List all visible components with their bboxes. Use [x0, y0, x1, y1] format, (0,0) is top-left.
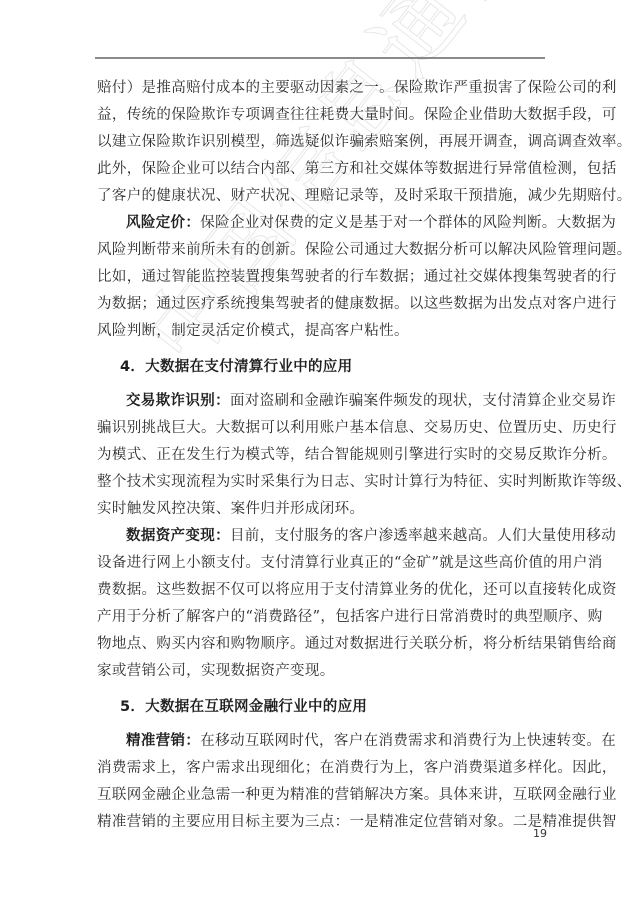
paragraph-lead: 精准营销： [126, 733, 200, 749]
text-span: 目前，支付服务的客户渗透率越来越高。人们大量使用移动 [230, 528, 616, 544]
text-line: 费数据。这些数据不仅可以将应用于支付清算业务的优化，还可以直接转化成资 [97, 577, 545, 604]
text-line: 比如，通过智能监控装置搜集驾驶者的行车数据；通过社交媒体搜集驾驶者的行 [97, 264, 545, 291]
document-page: 中国信息通信研究院 赔付）是推高赔付成本的主要驱动因素之一。保险欺诈严重损害了保… [0, 0, 640, 905]
paragraph-transaction-fraud: 交易欺诈识别：面对盗刷和金融诈骗案件频发的现状，支付清算企业交易诈 骗识别挑战巨… [97, 388, 545, 523]
text-line: 互联网金融企业急需一种更为精准的营销解决方案。具体来讲，互联网金融行业 [97, 782, 545, 809]
text-line: 实时触发风控决策、案件归并形成闭环。 [97, 496, 545, 523]
text-line: 交易欺诈识别：面对盗刷和金融诈骗案件频发的现状，支付清算企业交易诈 [97, 388, 545, 415]
text-line: 为模式、正在发生行为模式等，结合智能规则引擎进行实时的交易反欺诈分析。 [97, 442, 545, 469]
header-rule [95, 57, 545, 59]
text-line: 整个技术实现流程为实时采集行为日志、实时计算行为特征、实时判断欺诈等级、 [97, 469, 545, 496]
paragraph-lead: 交易欺诈识别： [126, 393, 230, 409]
paragraph-lead: 数据资产变现： [126, 528, 230, 544]
paragraph-lead: 风险定价： [126, 215, 200, 231]
text-line: 消费需求上，客户需求出现细化；在消费行为上，客户消费渠道多样化。因此， [97, 755, 545, 782]
page-number: 19 [533, 827, 547, 840]
paragraph-precision-marketing: 精准营销：在移动互联网时代，客户在消费需求和消费行为上快速转变。在 消费需求上，… [97, 728, 545, 836]
text-line: 产用于分析了解客户的“消费路径”，包括客户进行日常消费时的典型顺序、购 [97, 604, 545, 631]
text-line: 风险判断带来前所未有的创新。保险公司通过大数据分析可以解决风险管理问题。 [97, 237, 545, 264]
text-line: 骗识别挑战巨大。大数据可以利用账户基本信息、交易历史、位置历史、历史行 [97, 415, 545, 442]
text-line: 为数据；通过医疗系统搜集驾驶者的健康数据。以这些数据为出发点对客户进行 [97, 291, 545, 318]
text-span: 面对盗刷和金融诈骗案件频发的现状，支付清算企业交易诈 [230, 393, 616, 409]
text-line: 数据资产变现：目前，支付服务的客户渗透率越来越高。人们大量使用移动 [97, 523, 545, 550]
text-line: 风险判断，制定灵活定价模式，提高客户粘性。 [97, 318, 545, 345]
text-line: 风险定价：保险企业对保费的定义是基于对一个群体的风险判断。大数据为 [97, 210, 545, 237]
text-line: 此外，保险企业可以结合内部、第三方和社交媒体等数据进行异常值检测，包括 [97, 156, 545, 183]
text-line: 物地点、购买内容和购物顺序。通过对数据进行关联分析，将分析结果销售给商 [97, 631, 545, 658]
page-content: 赔付）是推高赔付成本的主要驱动因素之一。保险欺诈严重损害了保险公司的利 益，传统… [97, 75, 545, 836]
paragraph-insurance-fraud: 赔付）是推高赔付成本的主要驱动因素之一。保险欺诈严重损害了保险公司的利 益，传统… [97, 75, 545, 210]
text-line: 益，传统的保险欺诈专项调查往往耗费大量时间。保险企业借助大数据手段，可 [97, 102, 545, 129]
text-line: 家或营销公司，实现数据资产变现。 [97, 658, 545, 685]
text-line: 以建立保险欺诈识别模型，筛选疑似诈骗索赔案例，再展开调查，调高调查效率。 [97, 129, 545, 156]
text-span: 保险企业对保费的定义是基于对一个群体的风险判断。大数据为 [200, 215, 616, 231]
text-line: 精准营销：在移动互联网时代，客户在消费需求和消费行为上快速转变。在 [97, 728, 545, 755]
paragraph-risk-pricing: 风险定价：保险企业对保费的定义是基于对一个群体的风险判断。大数据为 风险判断带来… [97, 210, 545, 345]
text-span: 在移动互联网时代，客户在消费需求和消费行为上快速转变。在 [200, 733, 616, 749]
text-line: 精准营销的主要应用目标主要为三点：一是精准定位营销对象。二是精准提供智 [97, 809, 545, 836]
text-line: 了客户的健康状况、财产状况、理赔记录等，及时采取干预措施，减少先期赔付。 [97, 183, 545, 210]
section-heading-5: 5．大数据在互联网金融行业中的应用 [97, 694, 545, 721]
text-line: 赔付）是推高赔付成本的主要驱动因素之一。保险欺诈严重损害了保险公司的利 [97, 75, 545, 102]
text-line: 设备进行网上小额支付。支付清算行业真正的“金矿”就是这些高价值的用户消 [97, 550, 545, 577]
section-heading-4: 4．大数据在支付清算行业中的应用 [97, 354, 545, 381]
paragraph-data-monetization: 数据资产变现：目前，支付服务的客户渗透率越来越高。人们大量使用移动 设备进行网上… [97, 523, 545, 685]
